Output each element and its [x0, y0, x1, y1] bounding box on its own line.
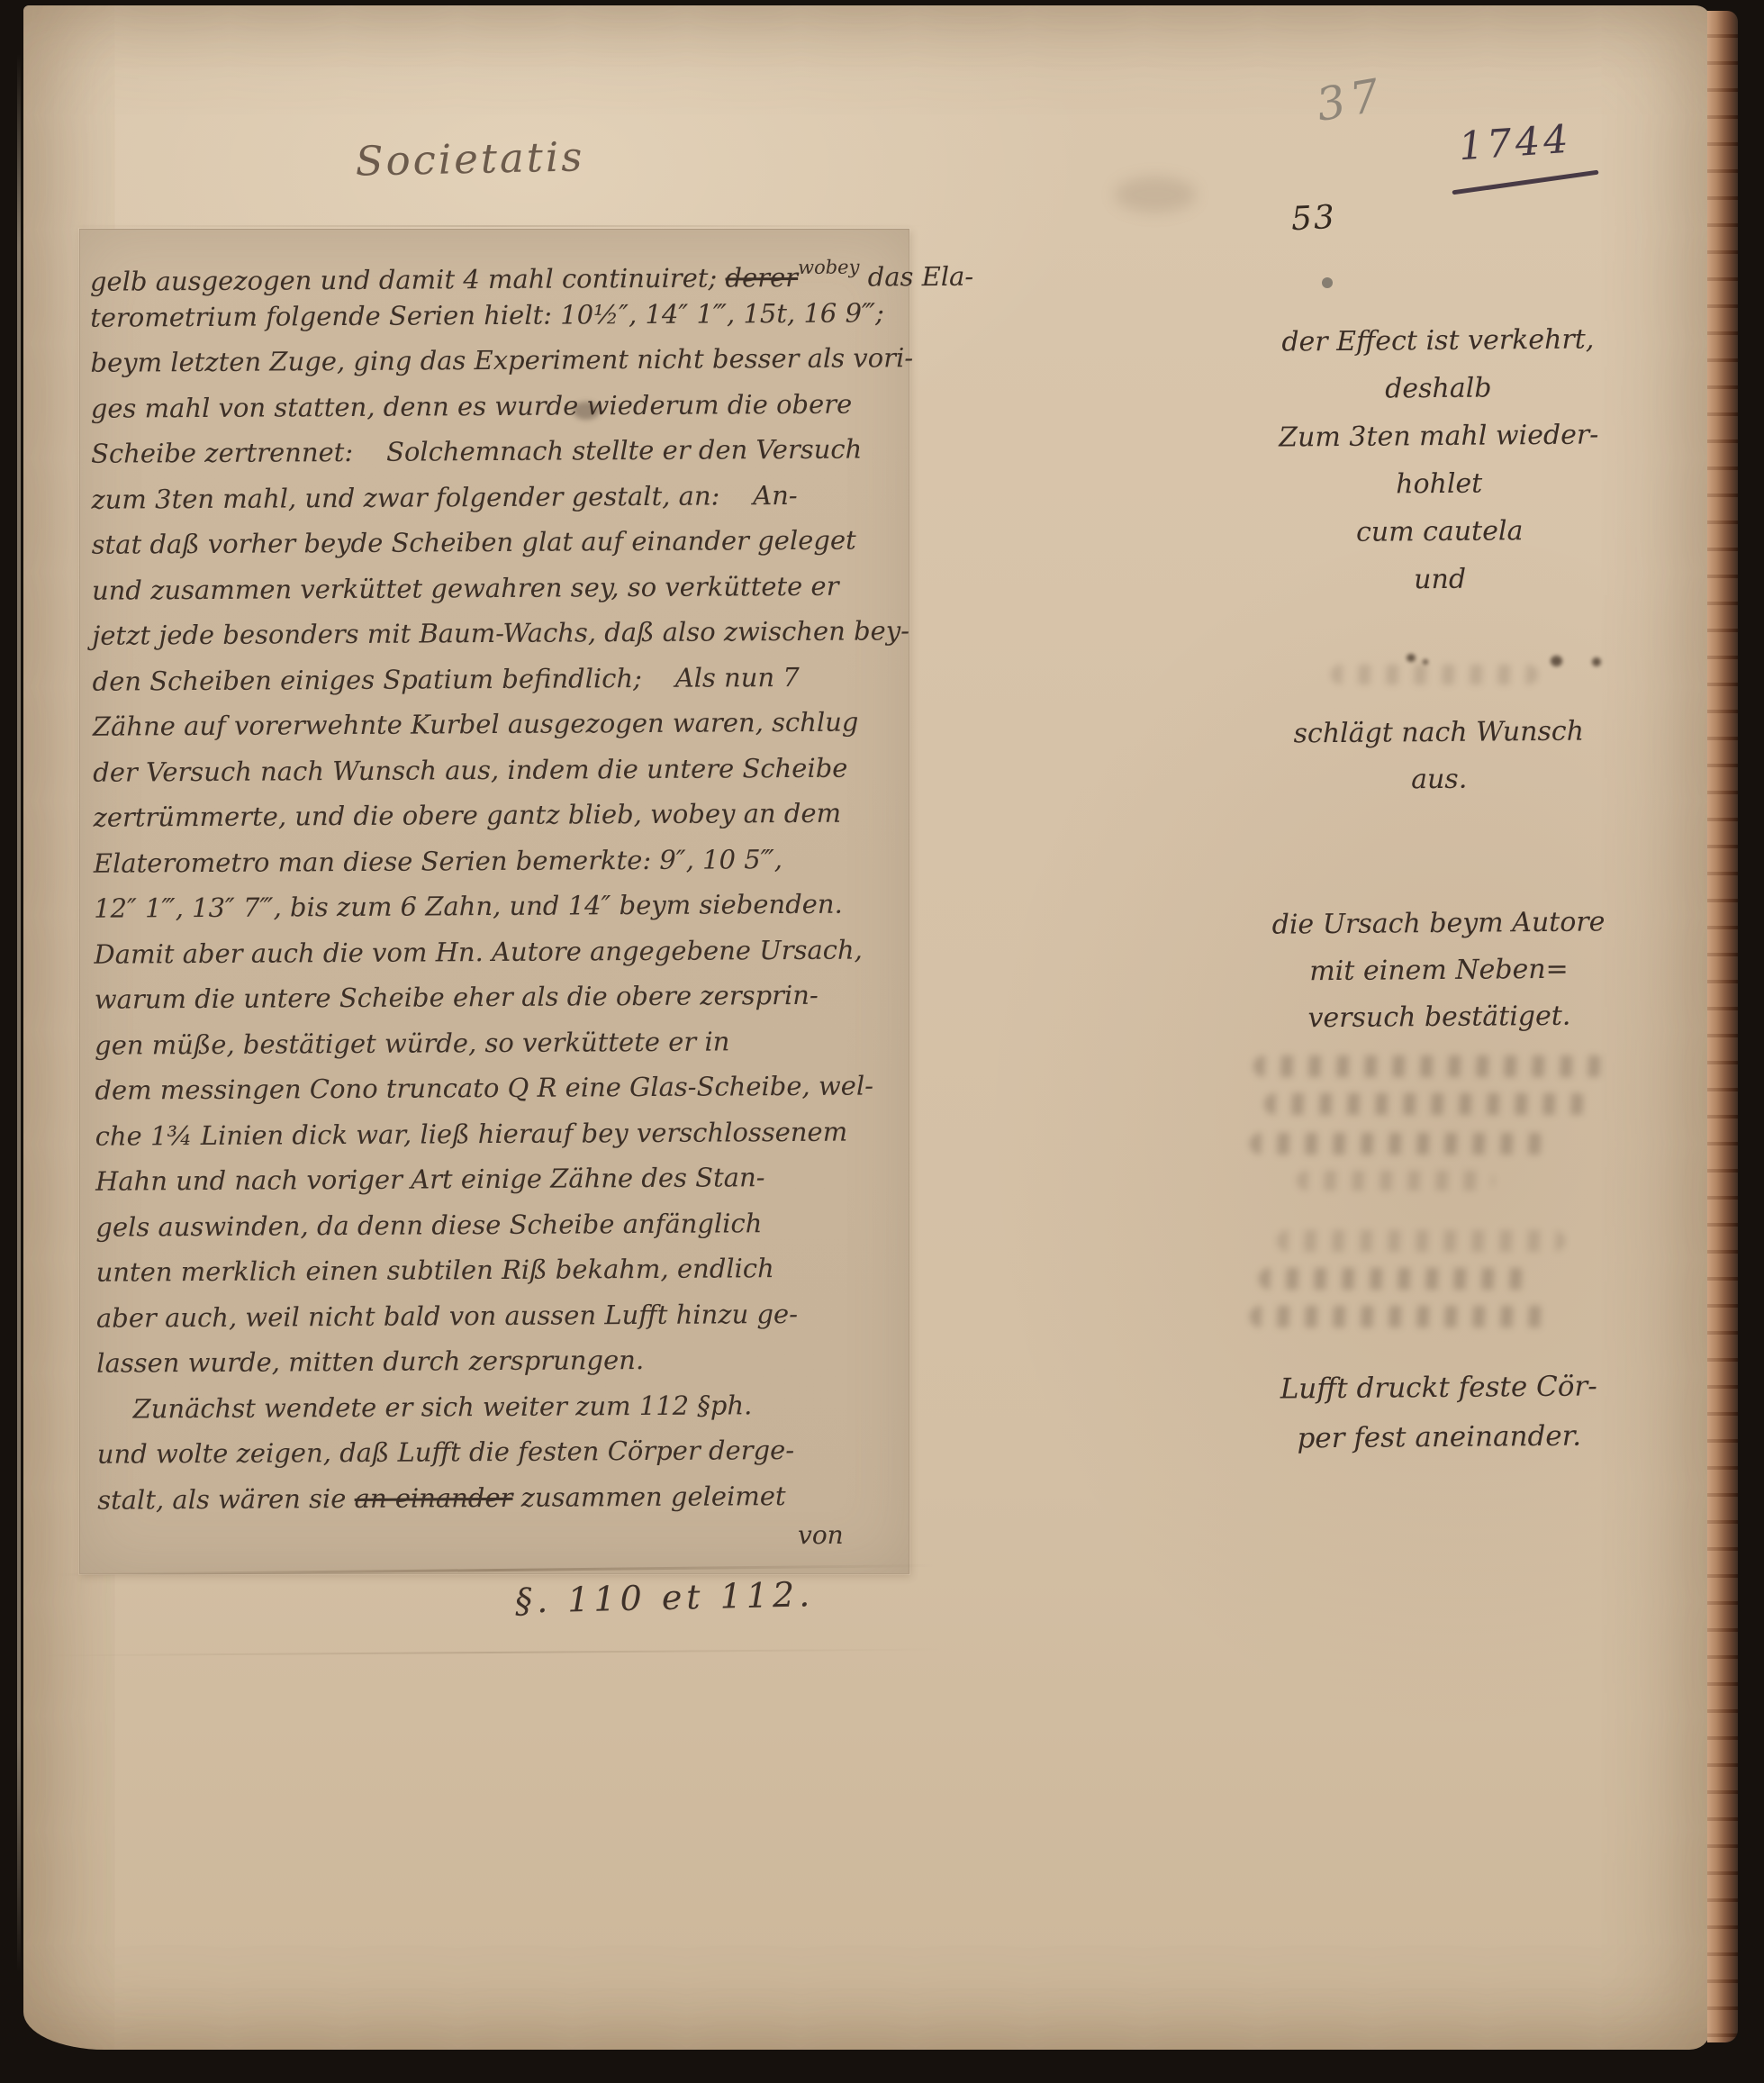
- manuscript-line: Hahn und nach voriger Art einige Zähne d…: [95, 1154, 906, 1204]
- bleed-through-smudge: [1297, 1171, 1495, 1191]
- struck-word: derer: [725, 262, 798, 293]
- manuscript-line: jetzt jede besonders mit Baum-Wachs, daß…: [92, 608, 902, 658]
- ink-smudge: [573, 402, 600, 420]
- manuscript-line: der Versuch nach Wunsch aus, indem die u…: [93, 745, 903, 795]
- manuscript-line: che 1¾ Linien dick war, ließ hierauf bey…: [95, 1109, 906, 1159]
- book-fore-edge: [1707, 11, 1738, 2042]
- manuscript-line: beym letzten Zuge, ging das Experiment n…: [90, 335, 900, 385]
- bleed-through-smudge: [1264, 1093, 1588, 1115]
- struck-words: an einander: [354, 1481, 512, 1513]
- manuscript-line: Damit aber auch die vom Hn. Autore angeg…: [94, 927, 904, 977]
- ink-speck: [1322, 277, 1333, 288]
- bleed-through-smudge: [1277, 1230, 1565, 1252]
- margin-note-effect: der Effect ist verkehrt, deshalb Zum 3te…: [1235, 315, 1644, 605]
- paper-stain: [1115, 177, 1196, 213]
- margin-note-line: aus.: [1235, 755, 1642, 805]
- margin-note-line: mit einem Neben=: [1235, 946, 1642, 996]
- margin-note-line: Zum 3ten mahl wieder-: [1235, 411, 1642, 462]
- manuscript-line: ges mahl von statten, denn es wurde wied…: [91, 381, 901, 431]
- manuscript-line: stalt, als wären sie an einander zusamme…: [97, 1472, 908, 1523]
- manuscript-line: Elaterometro man diese Serien bemerkte: …: [94, 836, 904, 886]
- margin-note-result: schlägt nach Wunsch aus.: [1235, 708, 1643, 805]
- margin-note-line: schlägt nach Wunsch: [1235, 708, 1642, 758]
- margin-note-line: der Effect ist verkehrt,: [1235, 315, 1642, 367]
- margin-note-line: versuch bestätiget.: [1235, 992, 1642, 1043]
- margin-note-line: die Ursach beym Autore: [1235, 899, 1642, 949]
- manuscript-line: stat daß vorher beyde Scheiben glat auf …: [92, 517, 902, 567]
- manuscript-line: 12″ 1‴, 13″ 7‴, bis zum 6 Zahn, und 14″ …: [94, 881, 904, 931]
- manuscript-line: aber auch, weil nicht bald von aussen Lu…: [96, 1291, 907, 1341]
- margin-note-line: und: [1236, 554, 1643, 605]
- crease-line: [63, 225, 927, 227]
- margin-note-line: hohlet: [1235, 458, 1642, 510]
- manuscript-line: gels auswinden, da denn diese Scheibe an…: [95, 1200, 906, 1250]
- manuscript-line: zertrümmerte, und die obere gantz blieb,…: [93, 790, 903, 840]
- ink-dot: [1592, 657, 1601, 666]
- margin-note-line: per fest aneinander.: [1235, 1411, 1642, 1464]
- manuscript-line: Zunächst wendete er sich weiter zum 112 …: [96, 1381, 907, 1432]
- manuscript-line: zum 3ten mahl, und zwar folgender gestal…: [91, 472, 901, 522]
- manuscript-line: terometrium folgende Serien hielt: 10½″,…: [90, 290, 900, 340]
- manuscript-line: Scheibe zertrennet: Solchemnach stellte …: [91, 426, 901, 476]
- manuscript-line: lassen wurde, mitten durch zersprungen.: [96, 1336, 907, 1386]
- manuscript-line: und zusammen verküttet gewahren sey, so …: [92, 563, 902, 613]
- ink-dot: [1407, 654, 1416, 662]
- manuscript-line: warum die untere Scheibe eher als die ob…: [95, 972, 905, 1022]
- page-title: Societatis: [316, 131, 623, 186]
- manuscript-line: gelb ausgezogen und damit 4 mahl continu…: [90, 244, 900, 294]
- line-prefix: stalt, als wären sie: [97, 1482, 355, 1515]
- bleed-through-smudge: [1250, 1306, 1556, 1327]
- page-number: 53: [1290, 199, 1337, 239]
- inserted-word: wobey: [798, 257, 860, 278]
- manuscript-line: gen müße, bestätiget würde, so verküttet…: [95, 1018, 905, 1068]
- manuscript-scan: Societatis 37 1744 53 gelb ausgezogen un…: [0, 0, 1764, 2083]
- section-reference: §. 110 et 112.: [515, 1574, 815, 1621]
- manuscript-body: gelb ausgezogen und damit 4 mahl continu…: [90, 244, 909, 1522]
- margin-note-line: cum cautela: [1235, 506, 1642, 557]
- page-edge-highlight: [17, 54, 21, 1972]
- bleed-through-smudge: [1250, 1133, 1547, 1155]
- line-suffix: das Ela-: [859, 261, 973, 293]
- ink-dot: [1551, 656, 1562, 666]
- bleed-through-smudge: [1331, 665, 1538, 684]
- year-label: 1744: [1457, 117, 1573, 170]
- manuscript-line: den Scheiben einiges Spatium befindlich;…: [92, 654, 902, 704]
- bleed-through-smudge: [1259, 1268, 1529, 1290]
- manuscript-line: dem messingen Cono truncato Q R eine Gla…: [95, 1063, 905, 1113]
- margin-note-line: Lufft druckt feste Cör-: [1235, 1362, 1642, 1415]
- manuscript-line: unten merklich einen subtilen Riß bekahm…: [95, 1245, 906, 1295]
- bleed-through-smudge: [1253, 1055, 1606, 1077]
- manuscript-line: und wolte zeigen, daß Lufft die festen C…: [97, 1426, 908, 1477]
- catchword: von: [798, 1520, 844, 1550]
- manuscript-line: Zähne auf vorerwehnte Kurbel ausgezogen …: [93, 699, 903, 749]
- margin-note-ursach: die Ursach beym Autore mit einem Neben= …: [1235, 899, 1642, 1043]
- margin-note-line: deshalb: [1235, 363, 1642, 414]
- margin-note-luft: Lufft druckt feste Cör- per fest aneinan…: [1235, 1362, 1643, 1464]
- line-suffix: zusammen geleimet: [512, 1481, 785, 1513]
